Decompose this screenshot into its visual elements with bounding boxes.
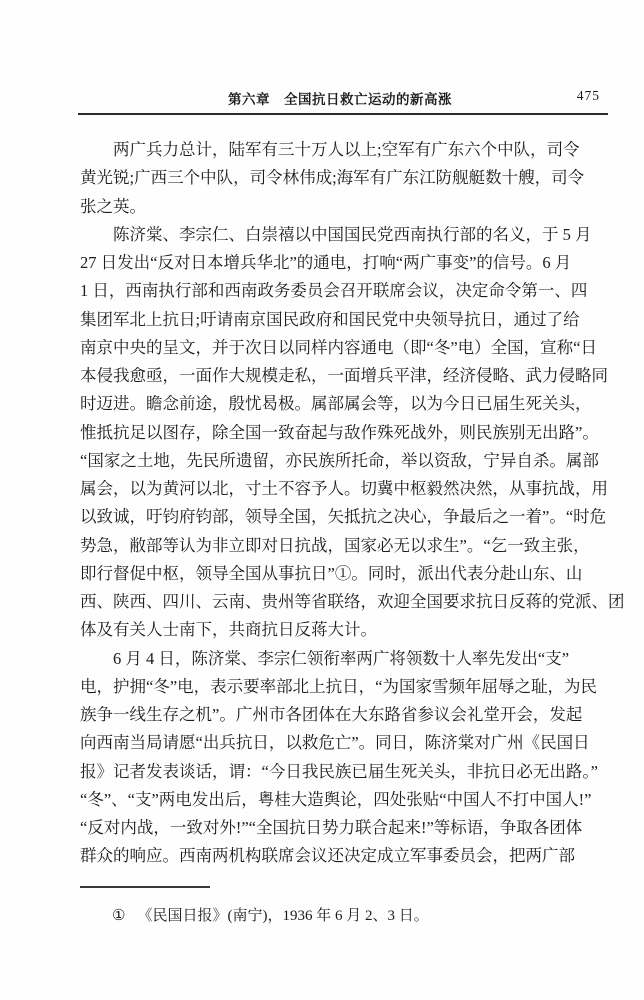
text-line: 电，护拥“冬”电，表示要率部北上抗日，“为国家雪频年屈辱之耻，为民: [80, 673, 604, 701]
running-header-title: 第六章 全国抗日救亡运动的新高涨: [80, 88, 600, 108]
text-line: 张之英。: [80, 193, 604, 221]
text-line: 即行督促中枢，领导全国从事抗日”①。同时，派出代表分赴山东、山: [80, 560, 604, 588]
text-line: 集团军北上抗日;吁请南京国民政府和国民党中央领导抗日，通过了给: [80, 306, 604, 334]
footnote-marker: ①: [112, 908, 125, 924]
text-line: 27 日发出“反对日本增兵华北”的通电，打响“两广事变”的信号。6 月: [80, 249, 604, 277]
text-line: 以致诚，吁钧府钧部，领导全国，矢抵抗之决心，争最后之一着”。“时危: [80, 503, 604, 531]
text-line: 体及有关人士南下，共商抗日反蒋大计。: [80, 616, 604, 644]
text-line: “反对内战，一致对外!”“全国抗日势力联合起来!”等标语，争取各团体: [80, 814, 604, 842]
text-line: 南京中央的呈文，并于次日以同样内容通电（即“冬”电）全国，宣称“日: [80, 334, 604, 362]
body-text: 两广兵力总计，陆军有三十万人以上;空军有广东六个中队，司令黄光锐;广西三个中队，…: [80, 136, 604, 871]
text-line: “国家之土地，先民所遗留，亦民族所托命，举以资敌，宁异自杀。属部: [80, 447, 604, 475]
book-page: 第六章 全国抗日救亡运动的新高涨 475 两广兵力总计，陆军有三十万人以上;空军…: [0, 0, 644, 1000]
footnote: ①《民国日报》(南宁)，1936 年 6 月 2、3 日。: [112, 906, 429, 926]
text-line: 势急，敝部等认为非立即对日抗战，国家必无以求生”。“乞一致主张，: [80, 532, 604, 560]
text-line: 陈济棠、李宗仁、白崇禧以中国国民党西南执行部的名义，于 5 月: [80, 221, 604, 249]
text-line: “冬”、“支”两电发出后，粤桂大造舆论，四处张贴“中国人不打中国人!”: [80, 786, 604, 814]
text-line: 两广兵力总计，陆军有三十万人以上;空军有广东六个中队，司令: [80, 136, 604, 164]
text-line: 向西南当局请愿“出兵抗日，以救危亡”。同日，陈济棠对广州《民国日: [80, 729, 604, 757]
text-line: 本侵我愈亟，一面作大规模走私，一面增兵平津，经济侵略、武力侵略同: [80, 362, 604, 390]
text-line: 黄光锐;广西三个中队，司令林伟成;海军有广东江防舰艇数十艘，司令: [80, 164, 604, 192]
text-line: 群众的响应。西南两机构联席会议还决定成立军事委员会，把两广部: [80, 842, 604, 870]
page-number: 475: [577, 88, 600, 104]
text-line: 报》记者发表谈话，谓：“今日我民族已届生死关头，非抗日必无出路。”: [80, 758, 604, 786]
text-line: 1 日，西南执行部和西南政务委员会召开联席会议，决定命令第一、四: [80, 277, 604, 305]
text-line: 西、陕西、四川、云南、贵州等省联络，欢迎全国要求抗日反蒋的党派、团: [80, 588, 604, 616]
text-line: 惟抵抗足以图存，除全国一致奋起与敌作殊死战外，则民族别无出路”。: [80, 419, 604, 447]
header-rule: [78, 113, 608, 115]
text-line: 6 月 4 日，陈济棠、李宗仁领衔率两广将领数十人率先发出“支”: [80, 645, 604, 673]
text-line: 族争一线生存之机”。广州市各团体在大东路省参议会礼堂开会，发起: [80, 701, 604, 729]
footnote-rule: [80, 886, 210, 888]
text-line: 时迈进。瞻念前途，殷忧曷极。属部属会等，以为今日已届生死关头，: [80, 390, 604, 418]
text-line: 属会，以为黄河以北，寸土不容予人。切冀中枢毅然决然，从事抗战，用: [80, 475, 604, 503]
footnote-text: 《民国日报》(南宁)，1936 年 6 月 2、3 日。: [137, 908, 428, 924]
